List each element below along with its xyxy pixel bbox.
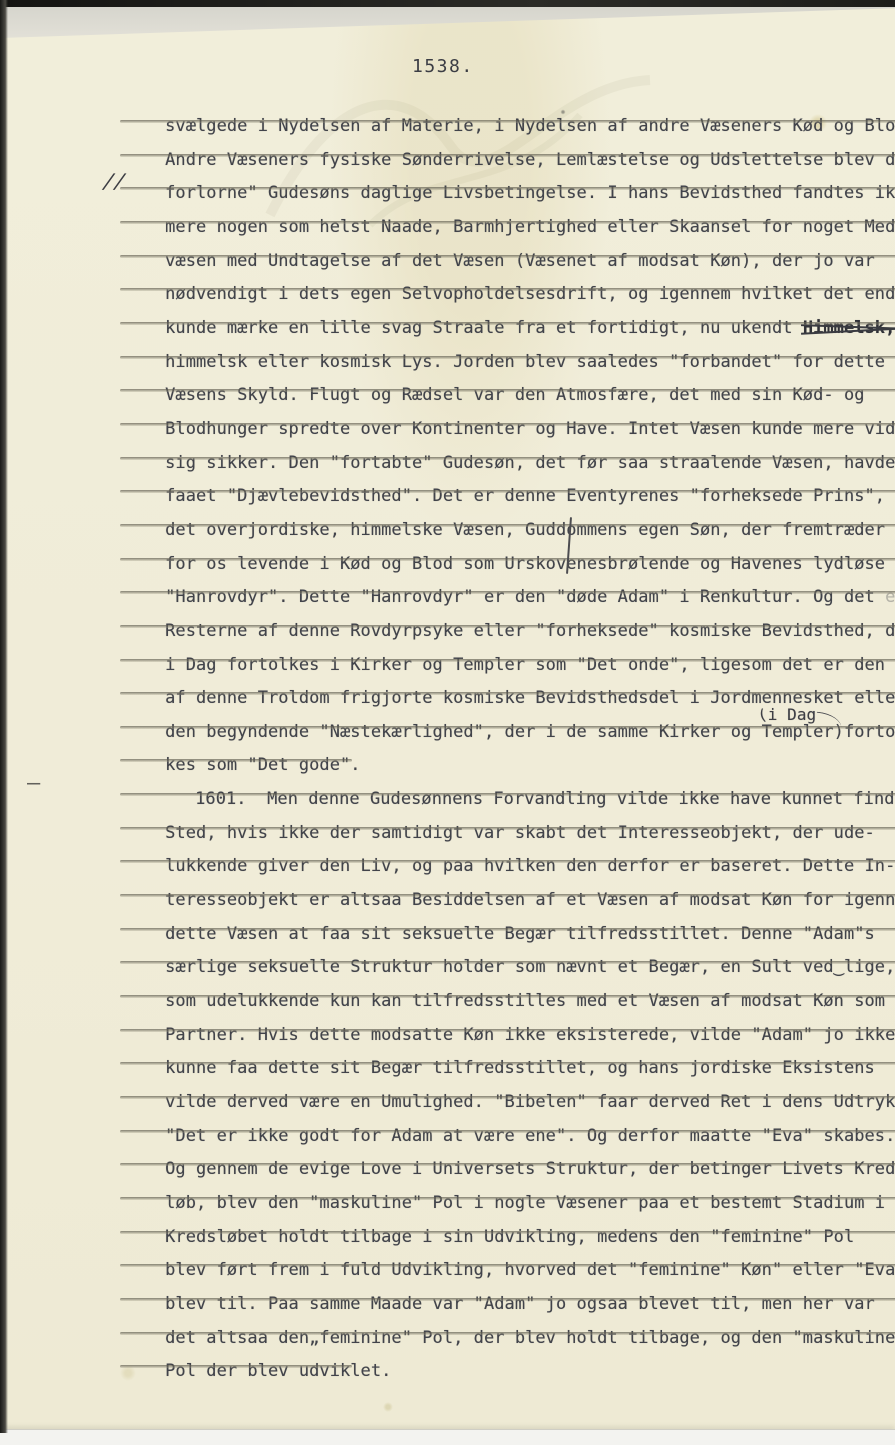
- text-column: svælgede i Nydelsen af Materie, i Nydels…: [124, 95, 876, 1374]
- text-line: Sted, hvis ikke der samtidigt var skabt …: [124, 802, 876, 836]
- text-line: faaet "Djævlebevidsthed". Det er denne E…: [124, 465, 876, 499]
- page-number: 1538.: [412, 56, 474, 77]
- text-line: kunde mærke en lille svag Straale fra et…: [124, 297, 876, 331]
- underline-rule: [120, 490, 895, 493]
- text-line: lukkende giver den Liv, og paa hvilken d…: [124, 835, 876, 869]
- underline-rule: [120, 1332, 895, 1335]
- text-line: nødvendigt i dets egen Selvopholdelsesdr…: [124, 263, 876, 297]
- underline-rule: [120, 1029, 895, 1032]
- text-line: det altsaa den„feminine" Pol, der blev h…: [124, 1307, 876, 1341]
- text-line: den begyndende "Næstekærlighed", der i d…: [124, 701, 876, 735]
- faded-typed-text: erne: [875, 587, 895, 607]
- text-line: væsen med Undtagelse af det Væsen (Væsen…: [124, 230, 876, 264]
- line-text-segment: Pol der blev udviklet.: [165, 1361, 391, 1381]
- underline-rule: [120, 389, 895, 392]
- underline-rule: [120, 928, 895, 931]
- text-line: Andre Væseners fysiske Sønderrivelse, Le…: [124, 129, 876, 163]
- text-line: Og gennem de evige Love i Universets Str…: [124, 1138, 876, 1172]
- underline-rule: [120, 961, 895, 964]
- underline-rule: [120, 692, 895, 695]
- underline-rule: [120, 1130, 895, 1133]
- scan-top-black-edge: [0, 0, 895, 7]
- underline-rule: [120, 288, 895, 291]
- scanner-bed-top-edge: [0, 7, 895, 38]
- underline-rule: [120, 894, 895, 897]
- underline-rule: [120, 1231, 895, 1234]
- text-line: 1601. Men denne Gudesønnens Forvandling …: [124, 768, 876, 802]
- text-line: forlorne" Gudesøns daglige Livsbetingels…: [124, 162, 876, 196]
- text-line: Væsens Skyld. Flugt og Rædsel var den At…: [124, 364, 876, 398]
- text-line: i Dag fortolkes i Kirker og Templer som …: [124, 634, 876, 668]
- text-line: "Det er ikke godt for Adam at være ene".…: [124, 1105, 876, 1139]
- underline-rule: [120, 221, 895, 224]
- text-line: Kredsløbet holdt tilbage i sin Udvikling…: [124, 1206, 876, 1240]
- text-line: svælgede i Nydelsen af Materie, i Nydels…: [124, 95, 876, 129]
- scan-left-black-edge: [0, 0, 8, 1433]
- scan-bottom-edge: [0, 1429, 895, 1445]
- underline-rule: [120, 154, 895, 157]
- margin-dash-mark: —: [27, 771, 40, 796]
- text-line: af denne Troldom frigjorte kosmiske Bevi…: [124, 667, 876, 701]
- underline-rule: [120, 1365, 352, 1368]
- underline-rule: [120, 1096, 895, 1099]
- text-line: det overjordiske, himmelske Væsen, Guddo…: [124, 499, 876, 533]
- underline-rule: [120, 524, 895, 527]
- underline-rule: [120, 591, 895, 594]
- text-line: teresseobjekt er altsaa Besiddelsen af e…: [124, 869, 876, 903]
- underline-rule: [120, 457, 895, 460]
- underline-rule: [120, 558, 895, 561]
- underline-rule: [120, 187, 895, 190]
- underline-rule: [120, 356, 895, 359]
- underline-rule: [120, 995, 895, 998]
- underline-rule: [120, 1298, 895, 1301]
- text-line: løb, blev den "maskuline" Pol i nogle Væ…: [124, 1172, 876, 1206]
- underline-rule: [120, 625, 895, 628]
- text-line: dette Væsen at faa sit seksuelle Begær t…: [124, 903, 876, 937]
- text-line: sig sikker. Den "fortabte" Gudesøn, det …: [124, 432, 876, 466]
- text-line: for os levende i Kød og Blod som Urskove…: [124, 533, 876, 567]
- underline-rule: [120, 423, 895, 426]
- text-line: vilde derved være en Umulighed. "Bibelen…: [124, 1071, 876, 1105]
- text-line: Resterne af denne Rovdyrpsyke eller "for…: [124, 600, 876, 634]
- text-line: Partner. Hvis dette modsatte Køn ikke ek…: [124, 1004, 876, 1038]
- text-line: blev til. Paa samme Maade var "Adam" jo …: [124, 1273, 876, 1307]
- text-line: blev ført frem i fuld Udvikling, hvorved…: [124, 1239, 876, 1273]
- underline-rule: [120, 120, 895, 123]
- underline-rule: [120, 860, 895, 863]
- text-line: særlige seksuelle Struktur holder som næ…: [124, 936, 876, 970]
- line-text: Pol der blev udviklet.: [165, 1361, 391, 1381]
- text-line: kes som "Det gode".: [124, 734, 876, 768]
- underline-rule: [120, 793, 895, 796]
- text-line: himmelsk eller kosmisk Lys. Jorden blev …: [124, 331, 876, 365]
- text-line: Pol der blev udviklet.: [124, 1340, 876, 1374]
- underline-rule: [120, 827, 895, 830]
- underline-rule: [120, 1264, 895, 1267]
- text-line: som udelukkende kun kan tilfredsstilles …: [124, 970, 876, 1004]
- handwritten-insertion: i Dag: [758, 704, 817, 726]
- underline-rule: [120, 1062, 895, 1065]
- text-line: "Hanrovdyr". Dette "Hanrovdyr" er den "d…: [124, 566, 876, 600]
- underline-rule: [120, 1163, 895, 1166]
- underline-rule: [120, 322, 895, 325]
- text-line: Blodhunger spredte over Kontinenter og H…: [124, 398, 876, 432]
- underline-rule: [120, 659, 895, 662]
- underline-rule: [120, 1197, 895, 1200]
- scanned-typewritten-page: { "page": { "number": "1538." }, "margin…: [0, 0, 895, 1445]
- underline-rule: [120, 726, 895, 729]
- text-line: kunne faa dette sit Begær tilfredsstille…: [124, 1037, 876, 1071]
- text-line: mere nogen som helst Naade, Barmhjertigh…: [124, 196, 876, 230]
- underline-rule: [120, 255, 895, 258]
